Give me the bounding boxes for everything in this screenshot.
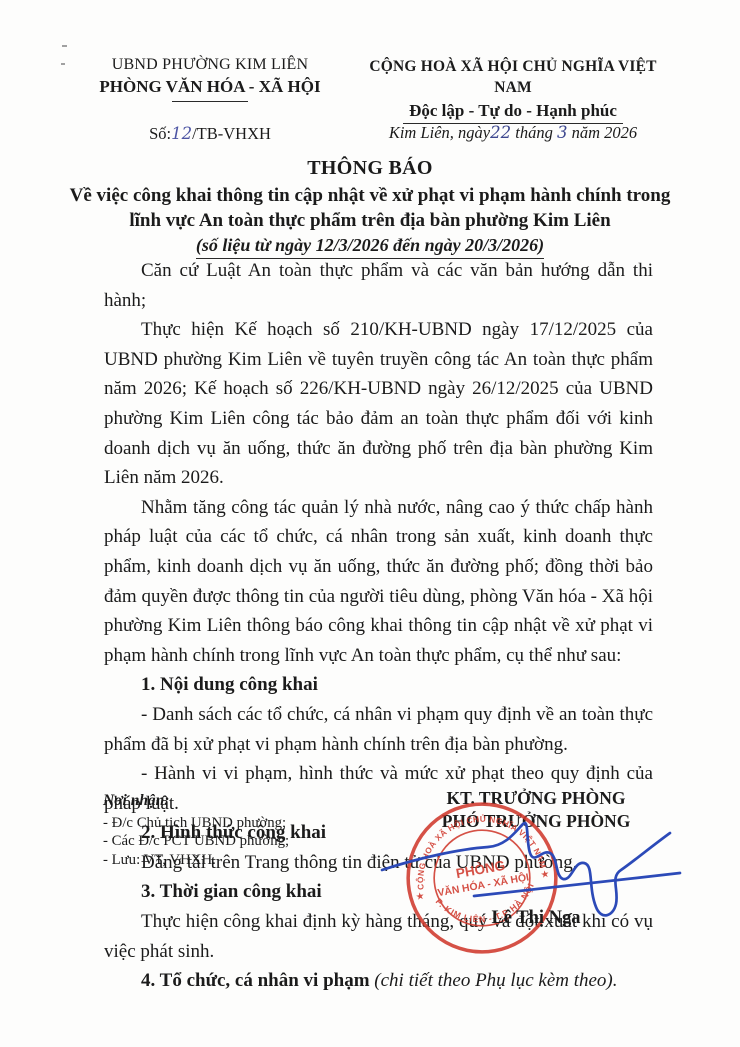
recipient-item: - Lưu: VT, VHXH. — [103, 851, 289, 870]
dateline: Kim Liên, ngày22 tháng 3 năm 2026 — [352, 123, 674, 143]
scan-speck — [62, 45, 67, 47]
recipient-item: - Các Đ/c PCT UBND phường; — [103, 832, 289, 851]
section-4-note: (chi tiết theo Phụ lục kèm theo). — [374, 970, 617, 991]
dateline-month-word: tháng — [515, 123, 553, 142]
section-1-item-1: - Danh sách các tổ chức, cá nhân vi phạm… — [104, 700, 653, 759]
issuer-parent-org: UBND PHƯỜNG KIM LIÊN — [92, 54, 328, 76]
dateline-prefix: Kim Liên, ngày — [389, 123, 490, 142]
paragraph-legal-basis: Căn cứ Luật An toàn thực phẩm và các văn… — [104, 256, 653, 315]
document-number-suffix: /TB-VHXH — [192, 124, 271, 143]
section-4-heading: 4. Tổ chức, cá nhân vi phạm — [141, 970, 370, 991]
paragraph-purpose: Nhằm tăng công tác quản lý nhà nước, nân… — [104, 493, 653, 671]
recipient-item: - Đ/c Chủ tịch UBND phường; — [103, 814, 289, 833]
dateline-month-handwritten: 3 — [557, 123, 568, 142]
document-number-label: Số: — [149, 124, 171, 143]
document-subject: Về việc công khai thông tin cập nhật về … — [58, 183, 682, 233]
section-4-line: 4. Tổ chức, cá nhân vi phạm (chi tiết th… — [104, 966, 653, 996]
scan-speck — [61, 63, 65, 65]
issuer-org-name: PHÒNG VĂN HÓA - XÃ HỘI — [92, 76, 328, 98]
scanned-document-page: UBND PHƯỜNG KIM LIÊN PHÒNG VĂN HÓA - XÃ … — [0, 0, 740, 1047]
issuer-underline-rule — [172, 101, 248, 102]
signer-name: Lê Thị Nga — [418, 908, 654, 929]
issuer-header: UBND PHƯỜNG KIM LIÊN PHÒNG VĂN HÓA - XÃ … — [92, 54, 328, 102]
document-type-heading: THÔNG BÁO — [58, 157, 682, 180]
section-1-heading: 1. Nội dung công khai — [104, 670, 653, 700]
paragraph-plans: Thực hiện Kế hoạch số 210/KH-UBND ngày 1… — [104, 315, 653, 493]
dateline-year: năm 2026 — [572, 123, 638, 142]
national-title: CỘNG HOÀ XÃ HỘI CHỦ NGHĨA VIỆT NAM — [352, 56, 674, 98]
national-motto-header: CỘNG HOÀ XÃ HỘI CHỦ NGHĨA VIỆT NAM Độc l… — [352, 56, 674, 124]
dateline-day-handwritten: 22 — [490, 123, 511, 142]
title-block: THÔNG BÁO Về việc công khai thông tin cậ… — [58, 157, 682, 259]
document-number-line: Số:12/TB-VHXH — [92, 124, 328, 144]
document-number-handwritten: 12 — [171, 124, 192, 143]
recipients-heading: Nơi nhận: — [103, 792, 289, 811]
national-motto: Độc lập - Tự do - Hạnh phúc — [403, 99, 623, 124]
recipients-block: Nơi nhận: - Đ/c Chủ tịch UBND phường; - … — [103, 792, 289, 869]
